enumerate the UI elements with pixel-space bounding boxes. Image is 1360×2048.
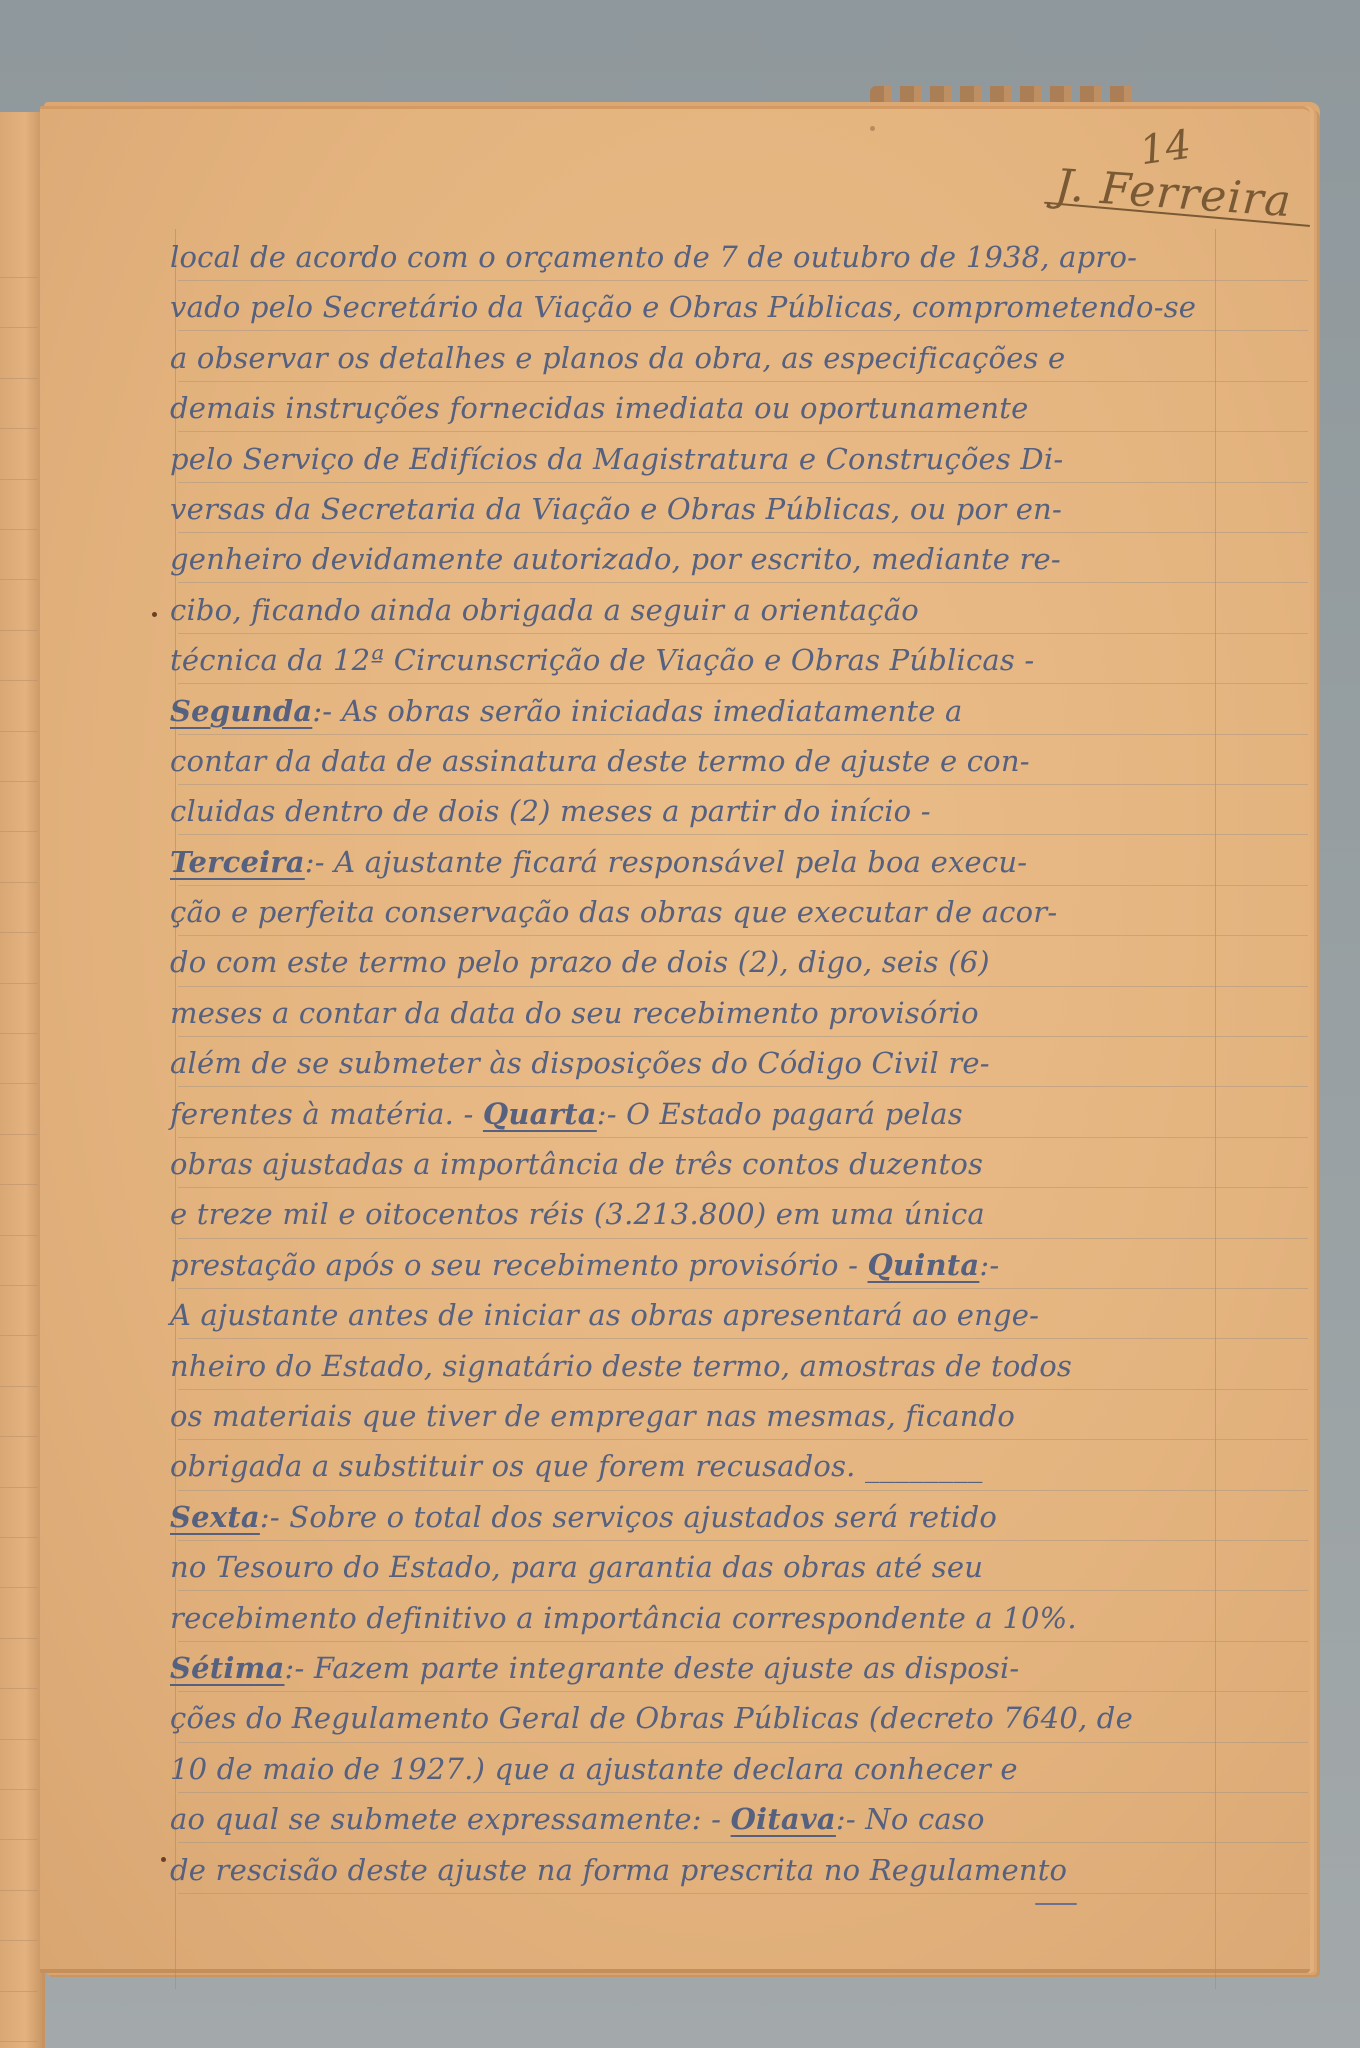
spine-ruled-line (0, 277, 38, 278)
text-line: e treze mil e oitocentos réis (3.213.800… (170, 1189, 1230, 1239)
line-text: nheiro do Estado, signatário deste termo… (170, 1349, 1072, 1383)
line-text: genheiro devidamente autorizado, por esc… (170, 542, 1061, 576)
spine-ruled-line (0, 1587, 38, 1588)
spine-ruled-line (0, 680, 38, 681)
text-line: ções do Regulamento Geral de Obras Públi… (170, 1693, 1230, 1743)
text-line: obras ajustadas a importância de três co… (170, 1139, 1230, 1189)
spine-ruled-line (0, 1638, 38, 1639)
text-line: técnica da 12ª Circunscrição de Viação e… (170, 635, 1230, 685)
spine-ruled-line (0, 1487, 38, 1488)
line-text: meses a contar da data do seu recebiment… (170, 996, 979, 1030)
text-line: demais instruções fornecidas imediata ou… (170, 383, 1230, 433)
text-line: os materiais que tiver de empregar nas m… (170, 1391, 1230, 1441)
spine-ruled-line (0, 1688, 38, 1689)
spine-ruled-line (0, 1335, 38, 1336)
text-line: meses a contar da data do seu recebiment… (170, 988, 1230, 1038)
clause-heading: Terceira (170, 845, 305, 879)
text-line: ao qual se submete expressamente: - Oita… (170, 1794, 1230, 1844)
text-line: Sétima:- Fazem parte integrante deste aj… (170, 1643, 1230, 1693)
line-text: cibo, ficando ainda obrigada a seguir a … (170, 593, 919, 627)
handwritten-text-body: local de acordo com o orçamento de 7 de … (170, 232, 1230, 1895)
line-text: :- (979, 1248, 999, 1282)
line-text: local de acordo com o orçamento de 7 de … (170, 240, 1137, 274)
spine-ruled-line (0, 1083, 38, 1084)
spine-ruled-line (0, 781, 38, 782)
line-text: versas da Secretaria da Viação e Obras P… (170, 492, 1062, 526)
spine-ruled-line (0, 1537, 38, 1538)
torn-page-edge (870, 86, 1140, 102)
spine-ruled-line (0, 1134, 38, 1135)
text-line: do com este termo pelo prazo de dois (2)… (170, 937, 1230, 987)
text-line: contar da data de assinatura deste termo… (170, 736, 1230, 786)
line-text: :- Sobre o total dos serviços ajustados … (260, 1500, 997, 1534)
text-line: ção e perfeita conservação das obras que… (170, 887, 1230, 937)
clause-heading: Quarta (483, 1097, 597, 1131)
line-text: ção e perfeita conservação das obras que… (170, 895, 1057, 929)
line-text: ções do Regulamento Geral de Obras Públi… (170, 1701, 1133, 1735)
text-line: local de acordo com o orçamento de 7 de … (170, 232, 1230, 282)
ink-spot (870, 126, 875, 131)
text-line: ferentes à matéria. - Quarta:- O Estado … (170, 1089, 1230, 1139)
spine-ruled-line (0, 1991, 38, 1992)
line-text: demais instruções fornecidas imediata ou… (170, 391, 1028, 425)
spine-ruled-line (0, 428, 38, 429)
text-line: genheiro devidamente autorizado, por esc… (170, 534, 1230, 584)
line-text: pelo Serviço de Edifícios da Magistratur… (170, 442, 1063, 476)
line-text: obras ajustadas a importância de três co… (170, 1147, 983, 1181)
text-line: Segunda:- As obras serão iniciadas imedi… (170, 686, 1230, 736)
spine-ruled-line (0, 529, 38, 530)
spine-ruled-line (0, 1033, 38, 1034)
line-text: de rescisão deste ajuste na forma prescr… (170, 1853, 1067, 1887)
text-line: vado pelo Secretário da Viação e Obras P… (170, 282, 1230, 332)
line-text: :- A ajustante ficará responsável pela b… (305, 845, 1027, 879)
text-line: cluidas dentro de dois (2) meses a parti… (170, 786, 1230, 836)
line-text: ferentes à matéria. - (170, 1097, 483, 1131)
end-mark (1035, 1903, 1077, 1905)
line-text: 10 de maio de 1927.) que a ajustante dec… (170, 1752, 1018, 1786)
line-text: :- O Estado pagará pelas (597, 1097, 963, 1131)
spine-ruled-line (0, 1739, 38, 1740)
spine-ruled-line (0, 327, 38, 328)
spine-ruled-line (0, 1386, 38, 1387)
spine-ruled-line (0, 731, 38, 732)
text-line: 10 de maio de 1927.) que a ajustante dec… (170, 1744, 1230, 1794)
text-line: nheiro do Estado, signatário deste termo… (170, 1341, 1230, 1391)
text-line: Terceira:- A ajustante ficará responsáve… (170, 837, 1230, 887)
clause-heading: Oitava (731, 1802, 836, 1836)
text-line: além de se submeter às disposições do Có… (170, 1038, 1230, 1088)
spine-ruled-line (0, 932, 38, 933)
text-line: Sexta:- Sobre o total dos serviços ajust… (170, 1492, 1230, 1542)
spine-ruled-line (0, 2041, 38, 2042)
clause-heading: Sétima (170, 1651, 284, 1685)
spine-ruled-line (0, 882, 38, 883)
text-line: cibo, ficando ainda obrigada a seguir a … (170, 585, 1230, 635)
spine-ruled-line (0, 1285, 38, 1286)
clause-heading: Segunda (170, 694, 312, 728)
text-line: obrigada a substituir os que forem recus… (170, 1441, 1230, 1491)
spine-ruled-line (0, 1789, 38, 1790)
text-line: recebimento definitivo a importância cor… (170, 1593, 1230, 1643)
line-text: os materiais que tiver de empregar nas m… (170, 1399, 1015, 1433)
spine-ruled-line (0, 1184, 38, 1185)
spine-ruled-line (0, 831, 38, 832)
line-text: :- No caso (836, 1802, 985, 1836)
ink-spot (152, 612, 157, 617)
line-text: A ajustante antes de iniciar as obras ap… (170, 1298, 1039, 1332)
line-text: cluidas dentro de dois (2) meses a parti… (170, 794, 931, 828)
text-line: versas da Secretaria da Viação e Obras P… (170, 484, 1230, 534)
line-text: vado pelo Secretário da Viação e Obras P… (170, 290, 1196, 324)
ink-spot (161, 1857, 166, 1862)
line-text: recebimento definitivo a importância cor… (170, 1601, 1077, 1635)
line-text: ao qual se submete expressamente: - (170, 1802, 731, 1836)
spine-ruled-line (0, 630, 38, 631)
spine-ruled-line (0, 479, 38, 480)
clause-heading: Quinta (868, 1248, 980, 1282)
text-line: pelo Serviço de Edifícios da Magistratur… (170, 434, 1230, 484)
spine-ruled-line (0, 1940, 38, 1941)
spine-ruled-line (0, 378, 38, 379)
spine-ruled-line (0, 579, 38, 580)
text-line: A ajustante antes de iniciar as obras ap… (170, 1290, 1230, 1340)
text-line: a observar os detalhes e planos da obra,… (170, 333, 1230, 383)
line-text: técnica da 12ª Circunscrição de Viação e… (170, 643, 1034, 677)
line-text: e treze mil e oitocentos réis (3.213.800… (170, 1197, 985, 1231)
line-text: :- Fazem parte integrante deste ajuste a… (284, 1651, 1019, 1685)
line-text: obrigada a substituir os que forem recus… (170, 1449, 983, 1483)
spine-ruled-line (0, 1436, 38, 1437)
previous-page-edge (0, 112, 45, 2048)
line-text: contar da data de assinatura deste termo… (170, 744, 1030, 778)
clause-heading: Sexta (170, 1500, 260, 1534)
spine-ruled-line (0, 1839, 38, 1840)
line-text: a observar os detalhes e planos da obra,… (170, 341, 1065, 375)
spine-ruled-line (0, 983, 38, 984)
text-line: no Tesouro do Estado, para garantia das … (170, 1542, 1230, 1592)
line-text: no Tesouro do Estado, para garantia das … (170, 1550, 983, 1584)
spine-ruled-line (0, 1235, 38, 1236)
line-text: além de se submeter às disposições do Có… (170, 1046, 990, 1080)
line-text: prestação após o seu recebimento provisó… (170, 1248, 868, 1282)
spine-ruled-line (0, 1890, 38, 1891)
text-line: de rescisão deste ajuste na forma prescr… (170, 1845, 1230, 1895)
line-text: do com este termo pelo prazo de dois (2)… (170, 945, 990, 979)
text-line: prestação após o seu recebimento provisó… (170, 1240, 1230, 1290)
line-text: :- As obras serão iniciadas imediatament… (312, 694, 962, 728)
